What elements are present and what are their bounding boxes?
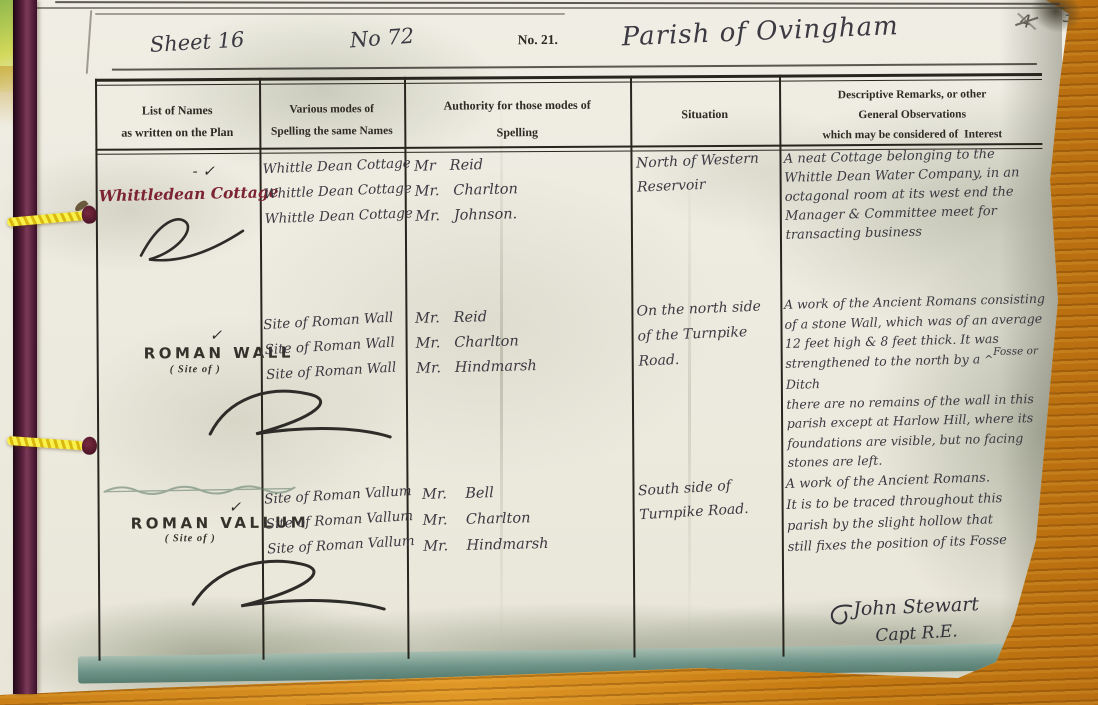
caret-mark: ^ <box>984 353 994 366</box>
table-vertical-border <box>630 76 635 658</box>
row2-name-qualifier: ( Site of ) <box>170 364 221 375</box>
plan-note: No 72 <box>349 24 415 53</box>
row2-remarks-start: A work of the Ancient Romans consisting … <box>784 289 1053 354</box>
signature-flourish <box>825 600 855 630</box>
column-header-spelling-modes: Various modes of Spelling the same Names <box>259 98 404 143</box>
page-stack-edge <box>30 7 1065 9</box>
signature-name: John Stewart <box>853 593 980 620</box>
header-underline <box>112 63 1037 70</box>
sheet-note: Sheet 16 <box>149 27 245 56</box>
insertion-text: Fosse or <box>993 344 1038 357</box>
signature-rank: Capt R.E. <box>875 621 958 646</box>
flourish-mark <box>198 383 398 442</box>
column-header-remarks: Descriptive Remarks, or other General Ob… <box>779 84 1045 146</box>
row3-spellings: Site of Roman Vallum Site of Roman Vallu… <box>264 479 416 562</box>
row2-spellings: Site of Roman Wall Site of Roman Wall Si… <box>263 306 397 388</box>
check-mark-icon: ✓ <box>209 326 222 344</box>
check-mark-icon: - ✓ <box>192 162 215 180</box>
desk-background: Sheet 16 No 72 No. 21. Parish of Ovingha… <box>0 0 1098 705</box>
row3-name-qualifier: ( Site of ) <box>165 533 216 544</box>
row3-situation: South side of Turnpike Road. <box>637 473 749 527</box>
row1-remarks: A neat Cottage belonging to the Whittle … <box>784 144 1048 245</box>
insertion-pre: strengthened to the north by a <box>785 351 984 371</box>
column-header-authority: Authority for those modes of Spelling <box>404 92 630 147</box>
page-stack-edge <box>95 13 565 15</box>
document-page: Sheet 16 No 72 No. 21. Parish of Ovingha… <box>0 0 1072 700</box>
table-vertical-border <box>95 79 100 661</box>
insertion-post: Ditch <box>786 376 820 392</box>
printed-page-number: No. 21. <box>518 32 558 48</box>
row2-remarks: A work of the Ancient Romans consisting … <box>784 289 1056 473</box>
page-content: Sheet 16 No 72 No. 21. Parish of Ovingha… <box>0 0 1076 703</box>
column-header-names: List of Names as written on the Plan <box>95 99 259 144</box>
flourish-mark <box>133 209 253 266</box>
row3-authorities: Mr. Bell Mr. Charlton Mr. Hindmarsh <box>422 479 549 560</box>
row2-situation: On the north side of the Turnpike Road. <box>636 295 763 375</box>
row1-authorities: Mr Reid Mr. Charlton Mr. Johnson. <box>414 152 519 229</box>
row1-spellings: Whittle Dean Cottage Whittle Dean Cottag… <box>262 151 413 232</box>
row1-name: Whittledean Cottage <box>98 182 278 205</box>
row2-remarks-insertion-line: strengthened to the north by a ^Fosse or… <box>785 347 1054 394</box>
row2-authorities: Mr. Reid Mr. Charlton Mr. Hindmarsh <box>415 304 537 382</box>
parish-title: Parish of Ovingham <box>621 11 899 52</box>
row2-remarks-end: there are no remains of the wall in this… <box>786 388 1056 472</box>
row3-remarks: A work of the Ancient Romans. It is to b… <box>785 466 1050 558</box>
column-header-situation: Situation <box>630 103 779 126</box>
row1-situation: North of Western Reservoir <box>636 147 761 200</box>
binding-strip <box>13 0 37 694</box>
